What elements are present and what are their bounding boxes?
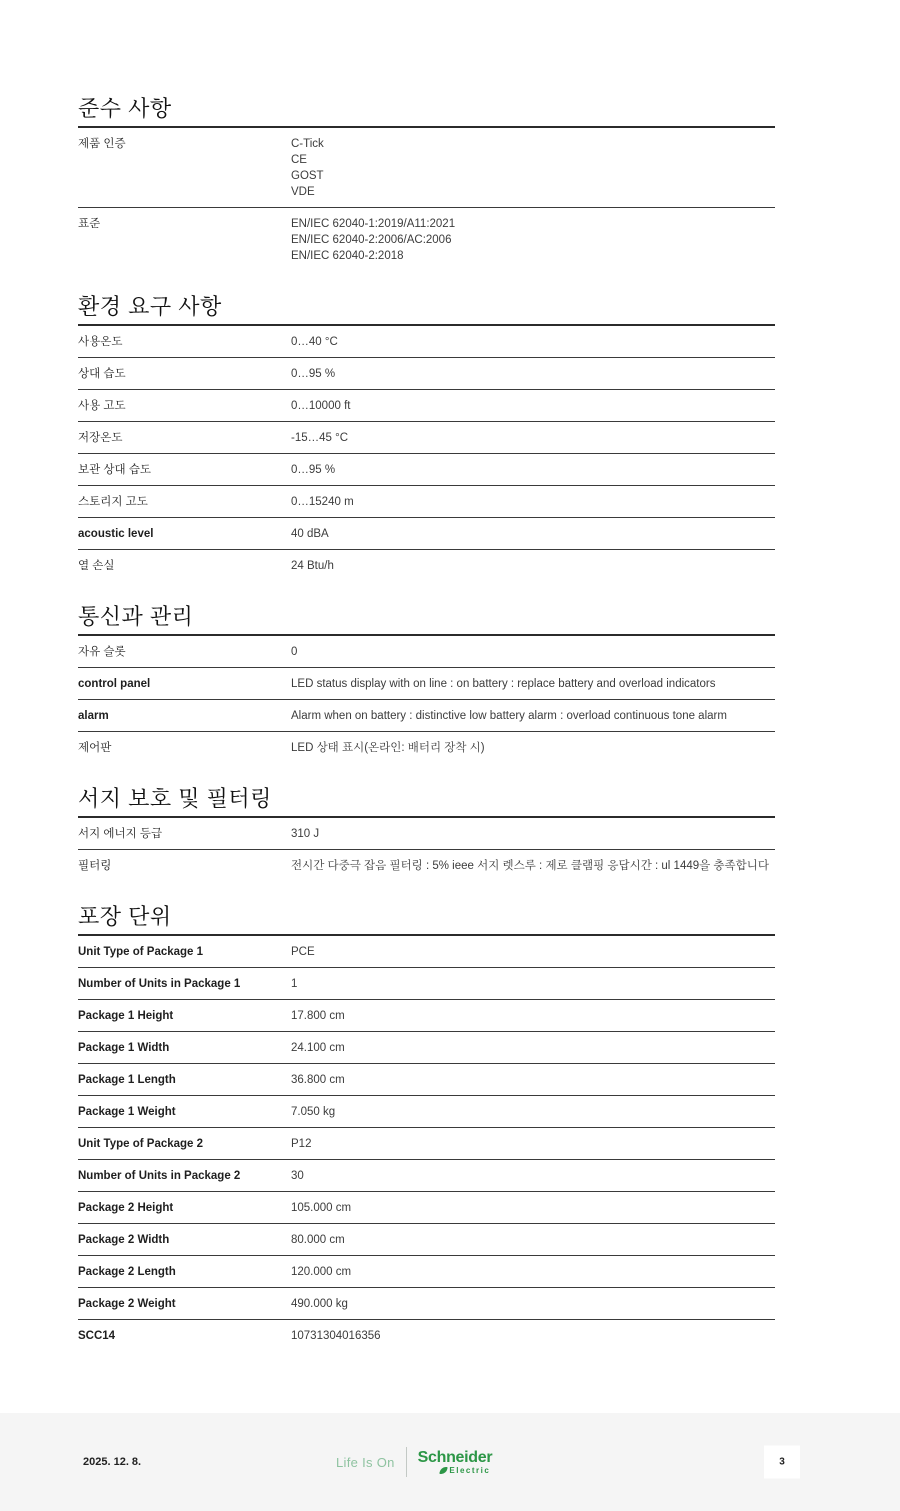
- value-line: 24 Btu/h: [291, 558, 775, 574]
- row-label: 제품 인증: [78, 136, 291, 152]
- spec-section: 통신과 관리 자유 슬롯 0 control panel LED status …: [78, 604, 775, 756]
- electric-wordmark-row: Electric: [418, 1467, 493, 1475]
- spec-row: Package 1 Weight 7.050 kg: [78, 1096, 775, 1128]
- row-label: Unit Type of Package 1: [78, 944, 291, 960]
- spec-row: Number of Units in Package 2 30: [78, 1160, 775, 1192]
- row-value: 0…95 %: [291, 462, 775, 478]
- value-line: 310 J: [291, 826, 775, 842]
- row-label: 제어판: [78, 740, 291, 756]
- row-value: C-TickCEGOSTVDE: [291, 136, 775, 200]
- row-value: 0…95 %: [291, 366, 775, 382]
- section-rows: 사용온도 0…40 °C 상대 습도 0…95 % 사용 고도 0…10000 …: [78, 326, 775, 574]
- row-value: 310 J: [291, 826, 775, 842]
- value-line: 120.000 cm: [291, 1264, 775, 1280]
- row-value: Alarm when on battery : distinctive low …: [291, 708, 775, 724]
- value-line: LED 상태 표시(온라인: 배터리 장착 시): [291, 740, 775, 756]
- value-line: 0…40 °C: [291, 334, 775, 350]
- row-value: 80.000 cm: [291, 1232, 775, 1248]
- schneider-wordmark: Schneider: [418, 1450, 493, 1466]
- row-label: 자유 슬롯: [78, 644, 291, 660]
- value-line: 전시간 다중극 잡음 필터링 : 5% ieee 서지 렛스루 : 제로 클램핑…: [291, 858, 775, 874]
- row-value: 전시간 다중극 잡음 필터링 : 5% ieee 서지 렛스루 : 제로 클램핑…: [291, 858, 775, 874]
- section-title: 포장 단위: [78, 904, 775, 936]
- row-label: 저장온도: [78, 430, 291, 446]
- row-value: LED 상태 표시(온라인: 배터리 장착 시): [291, 740, 775, 756]
- row-value: P12: [291, 1136, 775, 1152]
- value-line: LED status display with on line : on bat…: [291, 676, 775, 692]
- spec-row: Number of Units in Package 1 1: [78, 968, 775, 1000]
- spec-row: Package 2 Height 105.000 cm: [78, 1192, 775, 1224]
- value-line: 0…95 %: [291, 366, 775, 382]
- value-line: 7.050 kg: [291, 1104, 775, 1120]
- spec-section: 준수 사항 제품 인증 C-TickCEGOSTVDE 표준 EN/IEC 62…: [78, 96, 775, 264]
- spec-row: Package 1 Length 36.800 cm: [78, 1064, 775, 1096]
- row-label: SCC14: [78, 1328, 291, 1344]
- schneider-symbol-icon: [440, 1467, 448, 1474]
- value-line: 17.800 cm: [291, 1008, 775, 1024]
- electric-wordmark: Electric: [449, 1467, 490, 1475]
- value-line: 40 dBA: [291, 526, 775, 542]
- row-value: EN/IEC 62040-1:2019/A11:2021EN/IEC 62040…: [291, 216, 775, 264]
- logo-divider: [406, 1447, 407, 1477]
- spec-row: 열 손실 24 Btu/h: [78, 550, 775, 574]
- row-value: 0: [291, 644, 775, 660]
- row-value: -15…45 °C: [291, 430, 775, 446]
- row-label: 스토리지 고도: [78, 494, 291, 510]
- value-line: 105.000 cm: [291, 1200, 775, 1216]
- section-rows: 자유 슬롯 0 control panel LED status display…: [78, 636, 775, 756]
- page-number-box: 3: [764, 1446, 800, 1479]
- value-line: 0: [291, 644, 775, 660]
- section-title: 준수 사항: [78, 96, 775, 128]
- row-label: Package 1 Height: [78, 1008, 291, 1024]
- row-label: 열 손실: [78, 558, 291, 574]
- row-value: 7.050 kg: [291, 1104, 775, 1120]
- row-label: Package 1 Weight: [78, 1104, 291, 1120]
- row-value: 490.000 kg: [291, 1296, 775, 1312]
- row-value: LED status display with on line : on bat…: [291, 676, 775, 692]
- value-line: EN/IEC 62040-1:2019/A11:2021: [291, 216, 775, 232]
- spec-row: Package 1 Height 17.800 cm: [78, 1000, 775, 1032]
- page-footer: 2025. 12. 8. Life Is On Schneider Electr…: [0, 1413, 900, 1511]
- row-value: 10731304016356: [291, 1328, 775, 1344]
- value-line: CE: [291, 152, 775, 168]
- value-line: 0…95 %: [291, 462, 775, 478]
- value-line: P12: [291, 1136, 775, 1152]
- row-value: 30: [291, 1168, 775, 1184]
- row-label: Package 1 Width: [78, 1040, 291, 1056]
- spec-row: Unit Type of Package 1 PCE: [78, 936, 775, 968]
- row-label: 서지 에너지 등급: [78, 826, 291, 842]
- value-line: 80.000 cm: [291, 1232, 775, 1248]
- row-value: 0…40 °C: [291, 334, 775, 350]
- spec-row: Package 2 Weight 490.000 kg: [78, 1288, 775, 1320]
- value-line: Alarm when on battery : distinctive low …: [291, 708, 775, 724]
- row-label: Package 2 Length: [78, 1264, 291, 1280]
- spec-row: control panel LED status display with on…: [78, 668, 775, 700]
- spec-row: 스토리지 고도 0…15240 m: [78, 486, 775, 518]
- row-label: Number of Units in Package 2: [78, 1168, 291, 1184]
- spec-row: Unit Type of Package 2 P12: [78, 1128, 775, 1160]
- value-line: 490.000 kg: [291, 1296, 775, 1312]
- value-line: 24.100 cm: [291, 1040, 775, 1056]
- spec-row: Package 1 Width 24.100 cm: [78, 1032, 775, 1064]
- row-value: PCE: [291, 944, 775, 960]
- row-label: 표준: [78, 216, 291, 232]
- row-value: 0…15240 m: [291, 494, 775, 510]
- spec-row: 필터링 전시간 다중극 잡음 필터링 : 5% ieee 서지 렛스루 : 제로…: [78, 850, 775, 874]
- value-line: 0…15240 m: [291, 494, 775, 510]
- page-number: 3: [779, 1457, 785, 1468]
- spec-row: 저장온도 -15…45 °C: [78, 422, 775, 454]
- value-line: GOST: [291, 168, 775, 184]
- value-line: EN/IEC 62040-2:2006/AC:2006: [291, 232, 775, 248]
- row-label: acoustic level: [78, 526, 291, 542]
- spec-row: acoustic level 40 dBA: [78, 518, 775, 550]
- spec-row: 보관 상대 습도 0…95 %: [78, 454, 775, 486]
- spec-row: 제어판 LED 상태 표시(온라인: 배터리 장착 시): [78, 732, 775, 756]
- value-line: VDE: [291, 184, 775, 200]
- spec-section: 환경 요구 사항 사용온도 0…40 °C 상대 습도 0…95 % 사용 고도…: [78, 294, 775, 574]
- value-line: 10731304016356: [291, 1328, 775, 1344]
- section-rows: Unit Type of Package 1 PCE Number of Uni…: [78, 936, 775, 1344]
- value-line: 36.800 cm: [291, 1072, 775, 1088]
- row-label: 사용온도: [78, 334, 291, 350]
- spec-section: 포장 단위 Unit Type of Package 1 PCE Number …: [78, 904, 775, 1344]
- row-label: Package 2 Width: [78, 1232, 291, 1248]
- row-label: alarm: [78, 708, 291, 724]
- row-label: Unit Type of Package 2: [78, 1136, 291, 1152]
- spec-row: 상대 습도 0…95 %: [78, 358, 775, 390]
- spec-row: 사용온도 0…40 °C: [78, 326, 775, 358]
- row-label: 상대 습도: [78, 366, 291, 382]
- row-label: Package 2 Height: [78, 1200, 291, 1216]
- row-value: 105.000 cm: [291, 1200, 775, 1216]
- section-title: 통신과 관리: [78, 604, 775, 636]
- row-label: Package 2 Weight: [78, 1296, 291, 1312]
- row-value: 40 dBA: [291, 526, 775, 542]
- section-rows: 서지 에너지 등급 310 J 필터링 전시간 다중극 잡음 필터링 : 5% …: [78, 818, 775, 874]
- spec-row: Package 2 Width 80.000 cm: [78, 1224, 775, 1256]
- row-label: 사용 고도: [78, 398, 291, 414]
- section-rows: 제품 인증 C-TickCEGOSTVDE 표준 EN/IEC 62040-1:…: [78, 128, 775, 264]
- row-value: 120.000 cm: [291, 1264, 775, 1280]
- row-label: 필터링: [78, 858, 291, 874]
- section-title: 서지 보호 및 필터링: [78, 786, 775, 818]
- value-line: C-Tick: [291, 136, 775, 152]
- brand-block: Schneider Electric: [418, 1450, 493, 1475]
- datasheet-page: 준수 사항 제품 인증 C-TickCEGOSTVDE 표준 EN/IEC 62…: [0, 0, 900, 1511]
- footer-date: 2025. 12. 8.: [83, 1456, 141, 1468]
- spec-row: 표준 EN/IEC 62040-1:2019/A11:2021EN/IEC 62…: [78, 208, 775, 264]
- row-value: 24.100 cm: [291, 1040, 775, 1056]
- spec-row: 사용 고도 0…10000 ft: [78, 390, 775, 422]
- spec-row: Package 2 Length 120.000 cm: [78, 1256, 775, 1288]
- life-is-on-tagline: Life Is On: [336, 1455, 395, 1470]
- value-line: 1: [291, 976, 775, 992]
- row-label: Number of Units in Package 1: [78, 976, 291, 992]
- value-line: 30: [291, 1168, 775, 1184]
- spec-content: 준수 사항 제품 인증 C-TickCEGOSTVDE 표준 EN/IEC 62…: [78, 0, 775, 1344]
- spec-row: SCC14 10731304016356: [78, 1320, 775, 1344]
- row-value: 17.800 cm: [291, 1008, 775, 1024]
- spec-section: 서지 보호 및 필터링 서지 에너지 등급 310 J 필터링 전시간 다중극 …: [78, 786, 775, 874]
- value-line: -15…45 °C: [291, 430, 775, 446]
- row-label: Package 1 Length: [78, 1072, 291, 1088]
- spec-row: 제품 인증 C-TickCEGOSTVDE: [78, 128, 775, 208]
- value-line: EN/IEC 62040-2:2018: [291, 248, 775, 264]
- row-value: 0…10000 ft: [291, 398, 775, 414]
- schneider-logo: Life Is On Schneider Electric: [336, 1447, 492, 1477]
- row-value: 1: [291, 976, 775, 992]
- spec-row: 자유 슬롯 0: [78, 636, 775, 668]
- row-value: 36.800 cm: [291, 1072, 775, 1088]
- row-label: 보관 상대 습도: [78, 462, 291, 478]
- row-value: 24 Btu/h: [291, 558, 775, 574]
- row-label: control panel: [78, 676, 291, 692]
- section-title: 환경 요구 사항: [78, 294, 775, 326]
- value-line: PCE: [291, 944, 775, 960]
- value-line: 0…10000 ft: [291, 398, 775, 414]
- spec-row: alarm Alarm when on battery : distinctiv…: [78, 700, 775, 732]
- spec-row: 서지 에너지 등급 310 J: [78, 818, 775, 850]
